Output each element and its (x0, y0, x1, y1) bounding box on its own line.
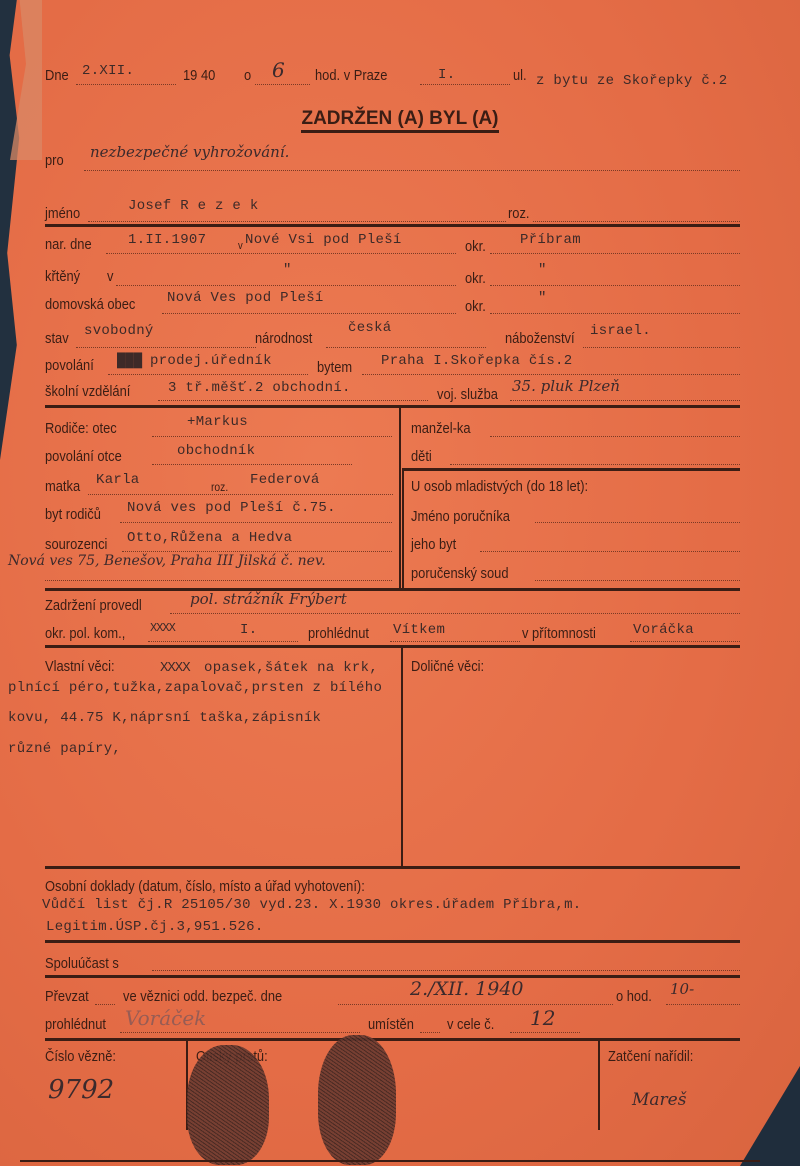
krteny-v-label: v (107, 268, 113, 285)
sourozenci-handwritten: Nová ves 75, Benešov, Praha III Jilská č… (8, 553, 326, 569)
otec-label: Rodiče: otec (45, 420, 117, 437)
pro-value: nezbezpečné vyhrožování. (90, 143, 289, 161)
kom-value: I. (240, 622, 257, 638)
zatceni-signature: Mareš (632, 1090, 686, 1110)
prohlednut2-signature: Voráček (125, 1006, 206, 1030)
bytem-value: Praha I.Skořepka čís.2 (381, 353, 572, 369)
krteny-okr-value: " (538, 262, 547, 278)
narodnost-label: národnost (255, 330, 312, 347)
nabozenstvi-label: náboženství (505, 330, 575, 347)
umisten-label: umístěn (368, 1016, 414, 1033)
matka-label: matka (45, 478, 80, 495)
stav-label: stav (45, 330, 69, 347)
prohlednut2-label: prohlédnut (45, 1016, 106, 1033)
prevzat-date: 2./XII. 1940 (410, 978, 524, 1000)
dom-okr-value: " (538, 290, 547, 306)
pritomnost-value: Voráčka (633, 622, 694, 638)
voj-label: voj. služba (437, 386, 498, 403)
kom-label: okr. pol. kom., (45, 625, 125, 642)
zatceni-label: Zatčení nařídil: (608, 1048, 693, 1065)
nar-place: Nové Vsi pod Pleší (245, 232, 402, 248)
nar-v-label: v (238, 240, 243, 252)
sourozenci-label: sourozenci (45, 536, 107, 553)
vzdelani-value: 3 tř.měšť.2 obchodní. (168, 380, 351, 396)
dne-label: Dne (45, 67, 69, 84)
documents-line-1: Vůdčí list čj.R 25105/30 vyd.23. X.1930 … (42, 897, 581, 913)
dom-value: Nová Ves pod Pleší (167, 290, 324, 306)
bytem-label: bytem (317, 359, 352, 376)
minors-title: U osob mladistvých (do 18 let): (411, 478, 588, 495)
jmeno-value: Josef R e z e k (128, 198, 259, 214)
nar-okr-value: Příbram (520, 232, 581, 248)
povolani-struck: ███ (117, 353, 142, 369)
cele-label: v cele č. (447, 1016, 494, 1033)
nar-value: 1.II.1907 (128, 232, 206, 248)
cislo-value: 9792 (48, 1075, 114, 1105)
hod-value: 10- (670, 980, 694, 998)
prevzat-label: Převzat (45, 988, 89, 1005)
o-label: o (244, 67, 251, 84)
veznice-label: ve věznici odd. bezpeč. dne (123, 988, 282, 1005)
torn-edge (0, 0, 24, 460)
manzel-label: manžel-ka (411, 420, 471, 437)
matka-value: Karla (96, 472, 140, 488)
nabozenstvi-value: israel. (590, 323, 651, 339)
spoluucast-label: Spoluúčast s (45, 955, 119, 972)
matka-roz-value: Federová (250, 472, 320, 488)
ul-value: z bytu ze Skořepky č.2 (536, 73, 727, 89)
provedl-label: Zadržení provedl (45, 597, 142, 614)
provedl-value: pol. strážník Frýbert (190, 590, 347, 608)
hour-value: 6 (272, 58, 285, 82)
vlastni-label: Vlastní věci: (45, 658, 115, 675)
belongings-line-1: opasek,šátek na krk, (204, 660, 378, 676)
belongings-line-4: různé papíry, (8, 741, 121, 757)
narodnost-value: česká (348, 320, 392, 336)
jeho-byt-label: jeho byt (411, 536, 456, 553)
hod-label: o hod. (616, 988, 652, 1005)
year-value: 40 (201, 67, 215, 84)
paper-fold (10, 0, 42, 160)
otec-value: +Markus (187, 414, 248, 430)
vlastni-struck: XXXX (160, 660, 190, 676)
dne-value: 2.XII. (82, 63, 134, 79)
year-prefix: 19 (183, 67, 197, 84)
deti-label: děti (411, 448, 432, 465)
belongings-line-3: kovu, 44.75 K,náprsní taška,zápisník (8, 710, 321, 726)
prohlednut-value: Vítkem (393, 622, 445, 638)
belongings-line-2: plnící péro,tužka,zapalovač,prsten z bíl… (8, 680, 382, 696)
sourozenci-value: Otto,Růžena a Hedva (127, 530, 292, 546)
dom-okr-label: okr. (465, 298, 486, 315)
pritomnost-label: v přítomnosti (522, 625, 596, 642)
cut-corner (740, 1066, 800, 1166)
krteny-label: křtěný (45, 268, 80, 285)
cislo-label: Číslo vězně: (45, 1048, 116, 1065)
soud-label: poručenský soud (411, 565, 509, 582)
fingerprint-1 (187, 1045, 269, 1165)
povolani-value: prodej.úředník (150, 353, 272, 369)
byt-rodicu-value: Nová ves pod Pleší č.75. (127, 500, 336, 516)
voj-value: 35. pluk Plzeň (512, 377, 620, 395)
povolani-otce-value: obchodník (177, 443, 255, 459)
documents-line-2: Legitim.ÚSP.čj.3,951.526. (46, 919, 264, 935)
praze-value: I. (438, 67, 455, 83)
krteny-value: " (283, 262, 292, 278)
kom-struck: XXXX (150, 621, 175, 635)
krteny-okr-label: okr. (465, 270, 486, 287)
povolani-otce-label: povolání otce (45, 448, 122, 465)
form-title: ZADRŽEN (A) BYL (A) (0, 108, 800, 130)
ul-label: ul. (513, 67, 527, 84)
arrest-record-form: Dne 2.XII. 19 40 o 6 hod. v Praze I. ul.… (0, 0, 800, 1166)
jmeno-label: jméno (45, 205, 80, 222)
porucnik-label: Jméno poručníka (411, 508, 510, 525)
hod-label: hod. v Praze (315, 67, 387, 84)
dom-label: domovská obec (45, 296, 135, 313)
cele-value: 12 (530, 1006, 555, 1030)
dolicne-label: Doličné věci: (411, 658, 484, 675)
matka-roz-label: roz. (211, 480, 228, 494)
nar-label: nar. dne (45, 236, 92, 253)
stav-value: svobodný (84, 323, 154, 339)
pro-label: pro (45, 152, 64, 169)
documents-label: Osobní doklady (datum, číslo, místo a úř… (45, 878, 365, 895)
byt-rodicu-label: byt rodičů (45, 506, 101, 523)
roz-label: roz. (508, 205, 530, 222)
povolani-label: povolání (45, 357, 94, 374)
prohlednut-label: prohlédnut (308, 625, 369, 642)
nar-okr-label: okr. (465, 238, 486, 255)
fingerprint-2 (318, 1035, 396, 1165)
vzdelani-label: školní vzdělání (45, 383, 130, 400)
